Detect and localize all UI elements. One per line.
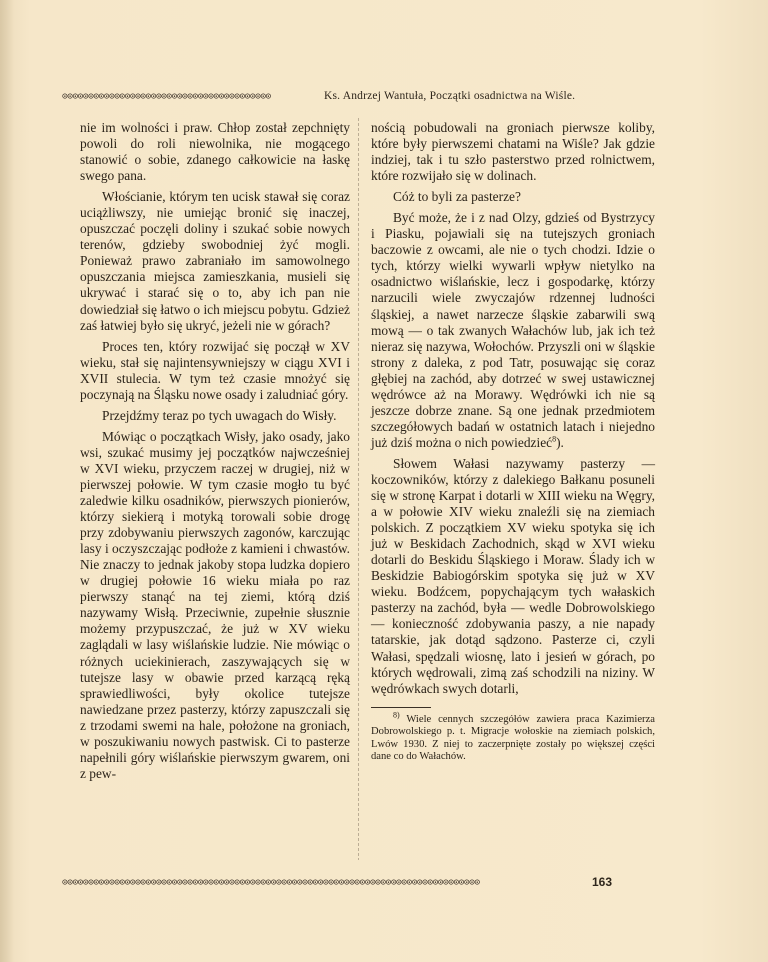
- paragraph-suffix: ).: [556, 435, 564, 450]
- paragraph: nością pobudowali na groniach pierwsze k…: [371, 120, 655, 184]
- running-title: Ks. Andrzej Wantuła, Początki osadnictwa…: [324, 90, 575, 102]
- paragraph: Proces ten, który rozwijać się począł w …: [80, 339, 350, 403]
- paragraph-with-footnote-ref: Być może, że i z nad Olzy, gdzieś od Bys…: [371, 210, 655, 451]
- running-head: ⊙⊙⊙⊙⊙⊙⊙⊙⊙⊙⊙⊙⊙⊙⊙⊙⊙⊙⊙⊙⊙⊙⊙⊙⊙⊙⊙⊙⊙⊙⊙⊙⊙⊙⊙⊙⊙⊙⊙⊙…: [62, 86, 652, 106]
- ornament-border-icon: ⊙⊙⊙⊙⊙⊙⊙⊙⊙⊙⊙⊙⊙⊙⊙⊙⊙⊙⊙⊙⊙⊙⊙⊙⊙⊙⊙⊙⊙⊙⊙⊙⊙⊙⊙⊙⊙⊙⊙⊙: [62, 91, 312, 102]
- ornament-border-icon: ⊙⊙⊙⊙⊙⊙⊙⊙⊙⊙⊙⊙⊙⊙⊙⊙⊙⊙⊙⊙⊙⊙⊙⊙⊙⊙⊙⊙⊙⊙⊙⊙⊙⊙⊙⊙⊙⊙⊙⊙…: [62, 877, 580, 888]
- footnote: 8) Wiele cennych szczegółów zawiera prac…: [371, 714, 655, 764]
- page-binding-edge: [0, 0, 14, 962]
- paragraph: Mówiąc o początkach Wisły, jako osady, j…: [80, 429, 350, 782]
- footnote-marker: 8): [393, 710, 400, 719]
- right-column: nością pobudowali na groniach pierwsze k…: [371, 120, 655, 764]
- left-column: nie im wolności i praw. Chłop został zep…: [80, 120, 350, 782]
- paragraph: Słowem Wałasi nazywamy pasterzy — koczow…: [371, 456, 655, 697]
- page-number: 163: [592, 875, 612, 889]
- paragraph-text: Być może, że i z nad Olzy, gdzieś od Bys…: [371, 210, 655, 450]
- running-foot: ⊙⊙⊙⊙⊙⊙⊙⊙⊙⊙⊙⊙⊙⊙⊙⊙⊙⊙⊙⊙⊙⊙⊙⊙⊙⊙⊙⊙⊙⊙⊙⊙⊙⊙⊙⊙⊙⊙⊙⊙…: [62, 872, 662, 892]
- column-divider: [358, 118, 359, 860]
- footnote-text: Wiele cennych szczegółów zawiera praca K…: [371, 714, 655, 763]
- book-page: ⊙⊙⊙⊙⊙⊙⊙⊙⊙⊙⊙⊙⊙⊙⊙⊙⊙⊙⊙⊙⊙⊙⊙⊙⊙⊙⊙⊙⊙⊙⊙⊙⊙⊙⊙⊙⊙⊙⊙⊙…: [0, 0, 768, 962]
- paragraph: Cóż to byli za pasterze?: [371, 189, 655, 205]
- footnote-separator: [371, 707, 431, 708]
- paragraph: Przejdźmy teraz po tych uwagach do Wisły…: [80, 408, 350, 424]
- paragraph: nie im wolności i praw. Chłop został zep…: [80, 120, 350, 184]
- paragraph: Włościanie, którym ten ucisk stawał się …: [80, 189, 350, 333]
